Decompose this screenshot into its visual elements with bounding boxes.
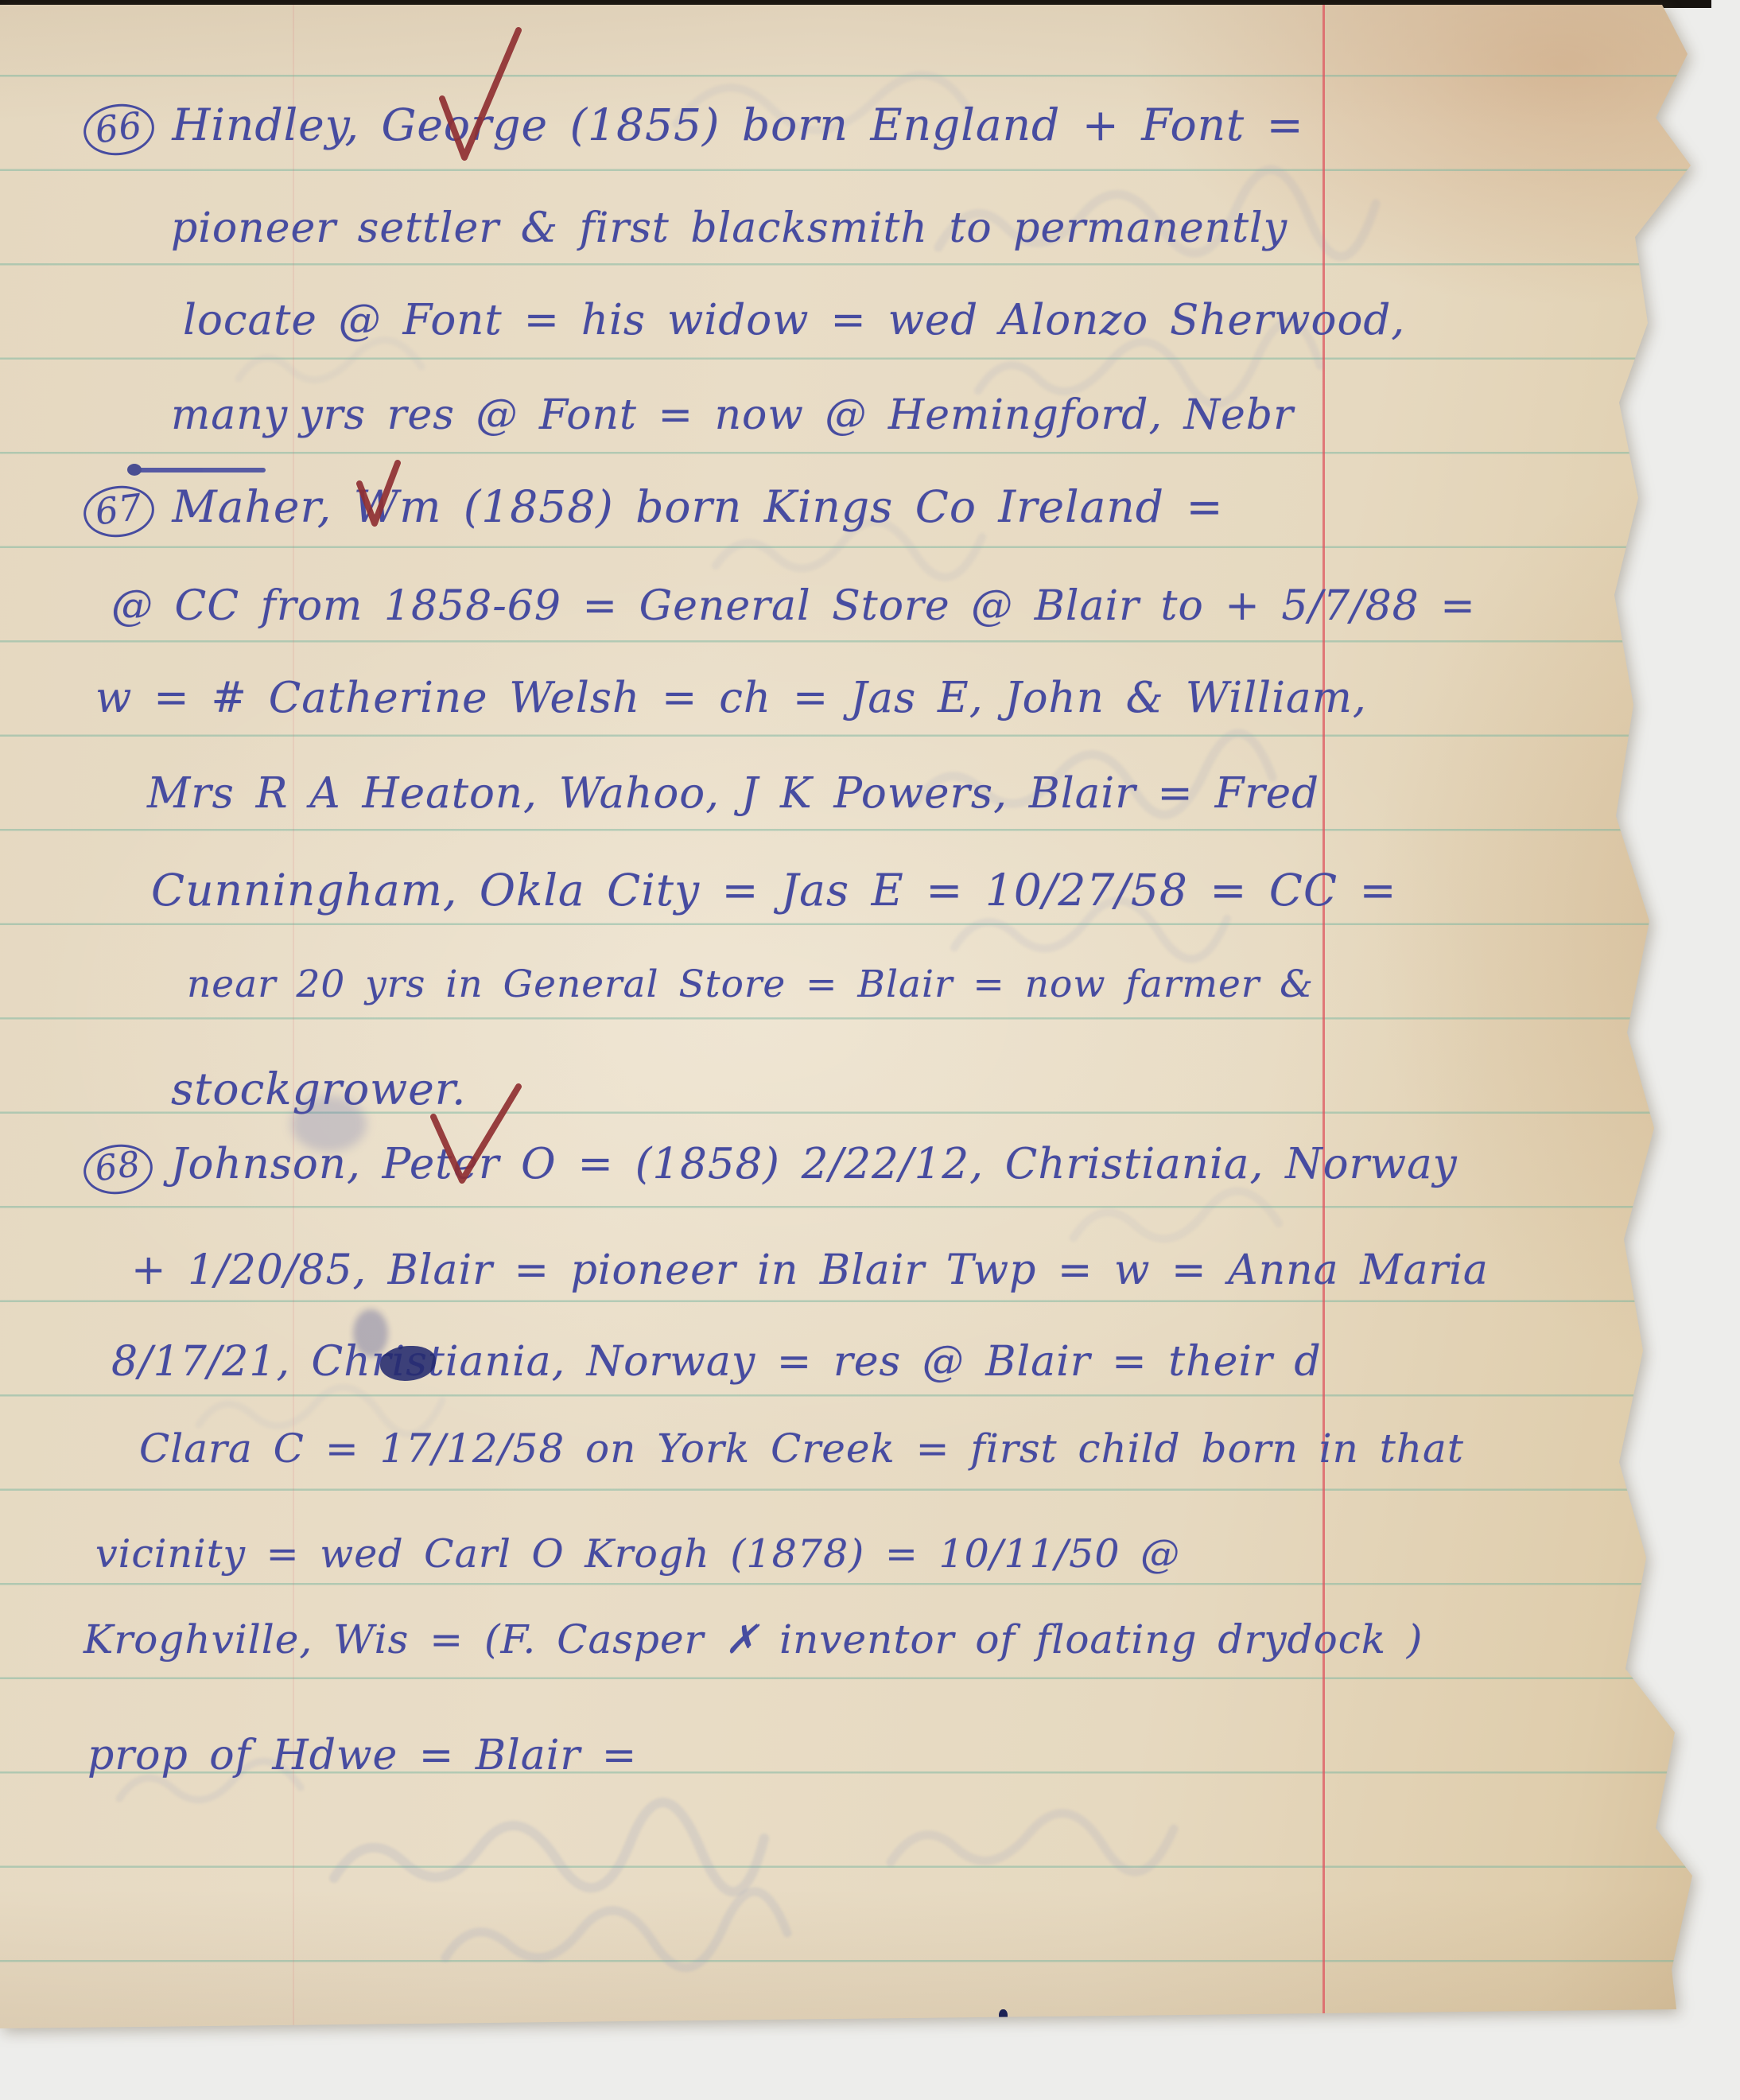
line-3-text: locate @ Font = his widow = wed Alonzo S… [183,296,1405,344]
line-16-text: vicinity = wed Carl O Krogh (1878) = 10/… [95,1531,1180,1577]
handwritten-line-16: vicinity = wed Carl O Krogh (1878) = 10/… [95,1532,1180,1577]
handwritten-line-18: prop of Hdwe = Blair = [87,1732,637,1780]
handwritten-line-8: Mrs R A Heaton, Wahoo, J K Powers, Blair… [147,770,1319,819]
line-2-text: pioneer settler & first blacksmith to pe… [171,204,1288,252]
notebook-paper: 66Hindley, George (1855) born England + … [0,5,1699,2032]
paper-shadow-wrap: 66Hindley, George (1855) born England + … [0,0,1740,2100]
ink-dot [999,2009,1008,2022]
line-13-text: + 1/20/85, Blair = pioneer in Blair Twp … [131,1246,1489,1294]
line-4-text: yrs res @ Font = now @ Hemingford, Nebr [299,391,1294,439]
handwritten-line-2: pioneer settler & first blacksmith to pe… [171,205,1288,253]
line-10-text: near 20 yrs in General Store = Blair = n… [187,962,1314,1006]
line-17-text: Kroghville, Wis = (F. Casper ✗ inventor … [84,1616,1423,1662]
line-6-text: @ CC from 1858-69 = General Store @ Blai… [111,582,1476,630]
handwritten-line-6: @ CC from 1858-69 = General Store @ Blai… [111,583,1476,631]
handwritten-line-7: w = # Catherine Welsh = ch = Jas E, John… [95,675,1367,723]
scanned-page: 66Hindley, George (1855) born England + … [0,0,1740,2100]
handwritten-line-3: locate @ Font = his widow = wed Alonzo S… [183,297,1405,345]
line-15-text: Clara C = 17/12/58 on York Creek = first… [139,1425,1464,1472]
handwritten-line-4: manyyrs res @ Font = now @ Hemingford, N… [171,392,1294,440]
entry-number-68: 68 [81,1141,156,1198]
underline-mark [134,468,266,472]
handwritten-line-15: Clara C = 17/12/58 on York Creek = first… [139,1426,1464,1472]
handwritten-line-11: stockgrower. [171,1064,467,1114]
underlined-word-many: many [171,391,288,439]
line-12-text: Johnson, Peter O = (1858) 2/22/12, Chris… [170,1140,1457,1188]
handwritten-line-12: 68Johnson, Peter O = (1858) 2/22/12, Chr… [84,1141,1458,1194]
handwritten-line-14: 8/17/21, Christiania, Norway = res @ Bla… [111,1339,1322,1386]
line-8-text: Mrs R A Heaton, Wahoo, J K Powers, Blair… [147,769,1319,818]
line-7-text: w = # Catherine Welsh = ch = Jas E, John… [95,674,1367,722]
handwritten-line-5: 67Maher, Wm (1858) born Kings Co Ireland… [84,482,1224,537]
handwritten-line-9: Cunningham, Okla City = Jas E = 10/27/58… [151,865,1397,916]
line-11-text: stockgrower. [171,1064,467,1114]
line-1-text: Hindley, George (1855) born England + Fo… [172,99,1303,150]
handwritten-line-17: Kroghville, Wis = (F. Casper ✗ inventor … [84,1617,1423,1663]
line-5-text: Maher, Wm (1858) born Kings Co Ireland = [172,481,1223,532]
line-9-text: Cunningham, Okla City = Jas E = 10/27/58… [151,865,1397,916]
handwritten-line-13: + 1/20/85, Blair = pioneer in Blair Twp … [131,1247,1489,1295]
handwritten-line-1: 66Hindley, George (1855) born England + … [84,100,1304,155]
entry-number-67: 67 [80,482,157,541]
handwritten-line-10: near 20 yrs in General Store = Blair = n… [187,963,1314,1006]
entry-number-66: 66 [80,100,157,159]
line-14-text: 8/17/21, Christiania, Norway = res @ Bla… [111,1338,1322,1386]
line-18-text: prop of Hdwe = Blair = [87,1732,637,1779]
